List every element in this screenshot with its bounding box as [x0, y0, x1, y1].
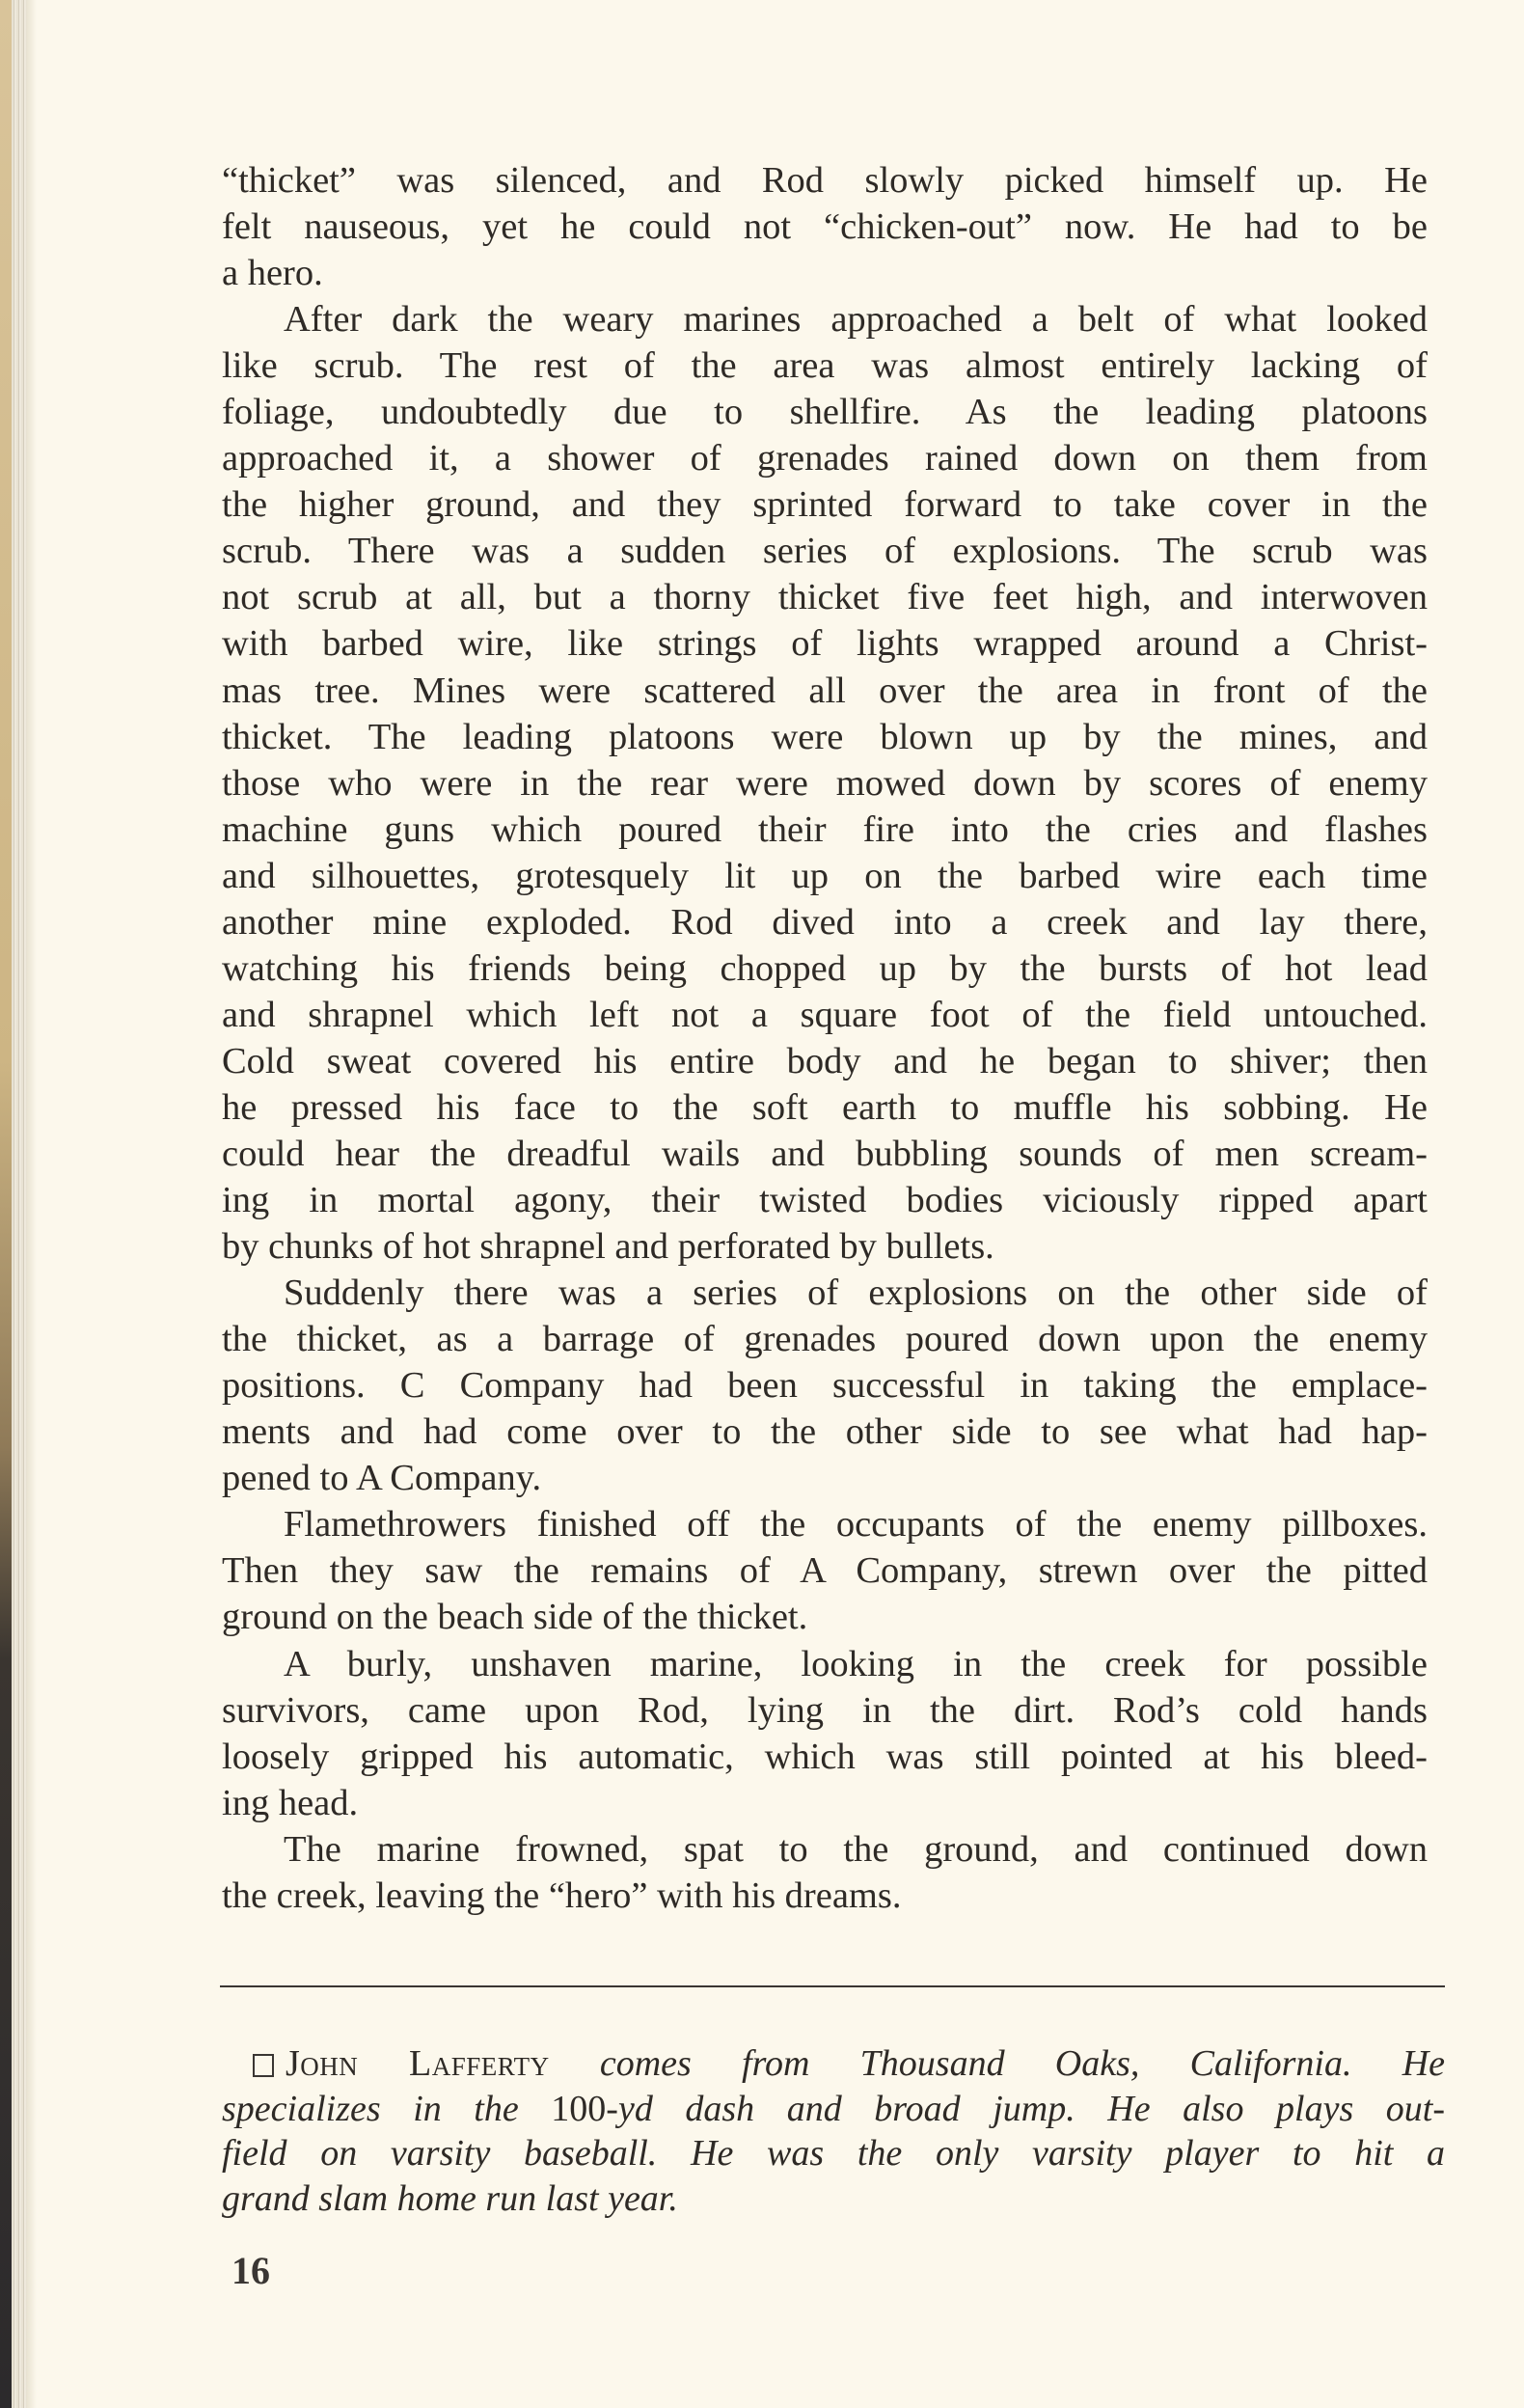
text-line: a hero. — [222, 250, 1428, 296]
square-bullet-icon — [253, 2054, 274, 2077]
bio-line: John Lafferty comes from Thousand Oaks, … — [222, 2041, 1445, 2087]
book-binding — [0, 0, 12, 2408]
text-line: could hear the dreadful wails and bubbli… — [222, 1131, 1428, 1177]
text-line: ground on the beach side of the thicket. — [222, 1594, 1428, 1640]
text-line: by chunks of hot shrapnel and perforated… — [222, 1223, 1428, 1270]
text-line: he pressed his face to the soft earth to… — [222, 1084, 1428, 1131]
text-line: the higher ground, and they sprinted for… — [222, 481, 1428, 528]
text-line: watching his friends being chopped up by… — [222, 945, 1428, 992]
text-line: not scrub at all, but a thorny thicket f… — [222, 574, 1428, 620]
text-line: approached it, a shower of grenades rain… — [222, 435, 1428, 481]
page-edges — [12, 0, 27, 2408]
bio-line: specializes in the 100-yd dash and broad… — [222, 2087, 1445, 2132]
text-line: pened to A Company. — [222, 1455, 1428, 1501]
text-line: Then they saw the remains of A Company, … — [222, 1547, 1428, 1594]
bio-text: comes from Thousand Oaks, California. He — [600, 2043, 1445, 2084]
text-line: scrub. There was a sudden series of expl… — [222, 528, 1428, 574]
paragraph-start: After dark the weary marines approached … — [222, 296, 1428, 342]
paragraph-start: Suddenly there was a series of explosion… — [222, 1270, 1428, 1316]
text-line: those who were in the rear were mowed do… — [222, 760, 1428, 807]
text-line: foliage, undoubtedly due to shellfire. A… — [222, 389, 1428, 435]
text-line: mas tree. Mines were scattered all over … — [222, 668, 1428, 714]
bio-number: 100 — [551, 2089, 606, 2129]
text-line: positions. C Company had been successful… — [222, 1362, 1428, 1409]
text-line: thicket. The leading platoons were blown… — [222, 714, 1428, 760]
author-bio: John Lafferty comes from Thousand Oaks, … — [222, 2041, 1445, 2221]
paragraph-start: The marine frowned, spat to the ground, … — [222, 1826, 1428, 1873]
text-line: with barbed wire, like strings of lights… — [222, 620, 1428, 667]
paragraph-start: Flamethrowers finished off the occupants… — [222, 1501, 1428, 1547]
text-line: and silhouettes, grotesquely lit up on t… — [222, 853, 1428, 899]
text-line: loosely gripped his automatic, which was… — [222, 1734, 1428, 1780]
text-line: another mine exploded. Rod dived into a … — [222, 899, 1428, 945]
text-line: survivors, came upon Rod, lying in the d… — [222, 1687, 1428, 1734]
text-line: and shrapnel which left not a square foo… — [222, 992, 1428, 1038]
text-line: ing in mortal agony, their twisted bodie… — [222, 1177, 1428, 1223]
text-line: ing head. — [222, 1780, 1428, 1826]
text-line: Cold sweat covered his entire body and h… — [222, 1038, 1428, 1084]
text-line: “thicket” was silenced, and Rod slowly p… — [222, 157, 1428, 204]
page-number: 16 — [231, 2250, 270, 2292]
text-line: ments and had come over to the other sid… — [222, 1409, 1428, 1455]
section-divider — [220, 1985, 1445, 1987]
text-line: like scrub. The rest of the area was alm… — [222, 342, 1428, 389]
bio-text: specializes in the — [222, 2089, 551, 2129]
bio-text: -yd dash and broad jump. He also plays o… — [606, 2089, 1445, 2129]
text-line: the creek, leaving the “hero” with his d… — [222, 1873, 1428, 1919]
story-text: “thicket” was silenced, and Rod slowly p… — [222, 157, 1428, 1919]
text-line: felt nauseous, yet he could not “chicken… — [222, 204, 1428, 250]
text-line: the thicket, as a barrage of grenades po… — [222, 1316, 1428, 1362]
paragraph-start: A burly, unshaven marine, looking in the… — [222, 1641, 1428, 1687]
author-name: John Lafferty — [286, 2043, 550, 2084]
text-line: machine guns which poured their fire int… — [222, 807, 1428, 853]
gutter-shadow — [27, 0, 37, 2408]
bio-line: field on varsity baseball. He was the on… — [222, 2131, 1445, 2176]
bio-line: grand slam home run last year. — [222, 2176, 1445, 2222]
